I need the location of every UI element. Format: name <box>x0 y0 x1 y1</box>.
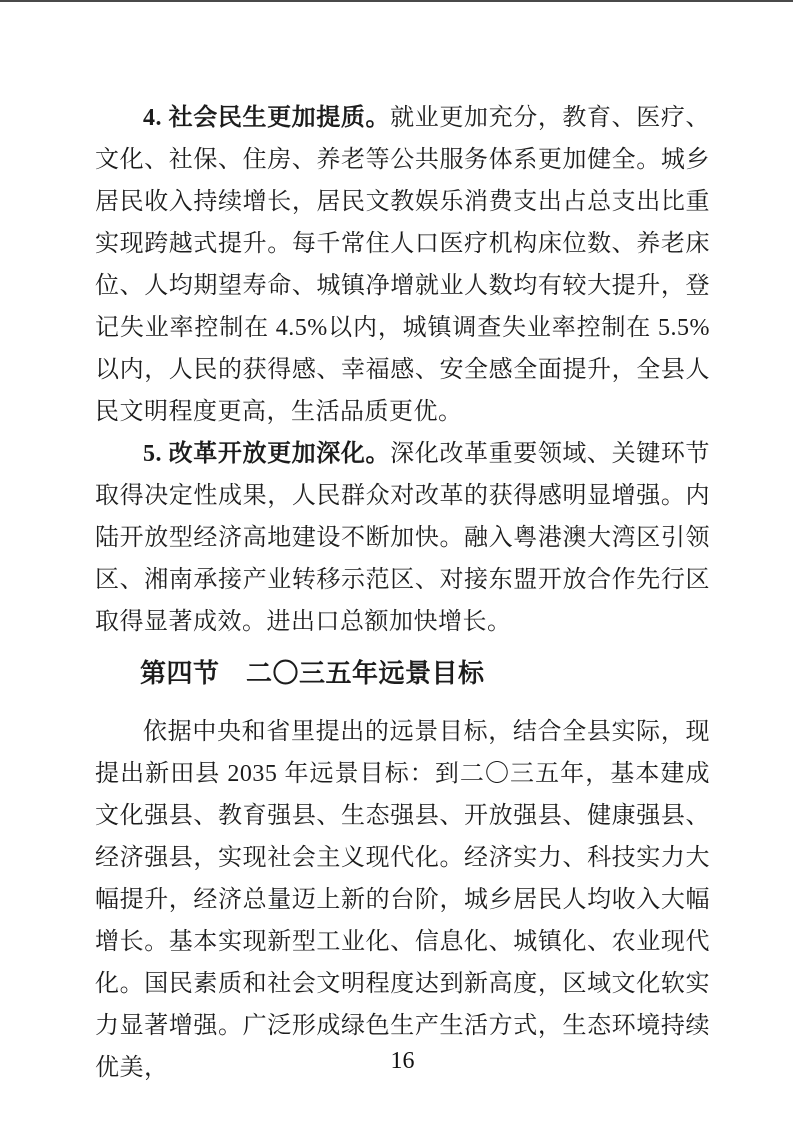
page-number: 16 <box>391 1048 415 1074</box>
section-heading: 第四节 二〇三五年远景目标 <box>95 652 710 696</box>
paragraph-item-4: 4. 社会民生更加提质。就业更加充分，教育、医疗、文化、社保、住房、养老等公共服… <box>95 97 710 433</box>
paragraph-item-4-text: 就业更加充分，教育、医疗、文化、社保、住房、养老等公共服务体系更加健全。城乡居民… <box>95 105 710 425</box>
document-page: 4. 社会民生更加提质。就业更加充分，教育、医疗、文化、社保、住房、养老等公共服… <box>0 0 793 1122</box>
paragraph-item-5: 5. 改革开放更加深化。深化改革重要领域、关键环节取得决定性成果，人民群众对改革… <box>95 433 710 643</box>
paragraph-item-5-text: 深化改革重要领域、关键环节取得决定性成果，人民群众对改革的获得感明显增强。内陆开… <box>95 441 710 635</box>
page-content: 4. 社会民生更加提质。就业更加充分，教育、医疗、文化、社保、住房、养老等公共服… <box>95 97 710 1089</box>
paragraph-item-4-lead: 4. 社会民生更加提质。 <box>143 105 390 131</box>
section-intro-paragraph: 依据中央和省里提出的远景目标，结合全县实际，现提出新田县 2035 年远景目标：… <box>95 711 710 1089</box>
scan-edge-line <box>0 0 793 2</box>
page-footer: 16 <box>95 1048 710 1074</box>
section-intro-text: 依据中央和省里提出的远景目标，结合全县实际，现提出新田县 2035 年远景目标：… <box>95 719 710 1081</box>
paragraph-item-5-lead: 5. 改革开放更加深化。 <box>143 441 390 467</box>
